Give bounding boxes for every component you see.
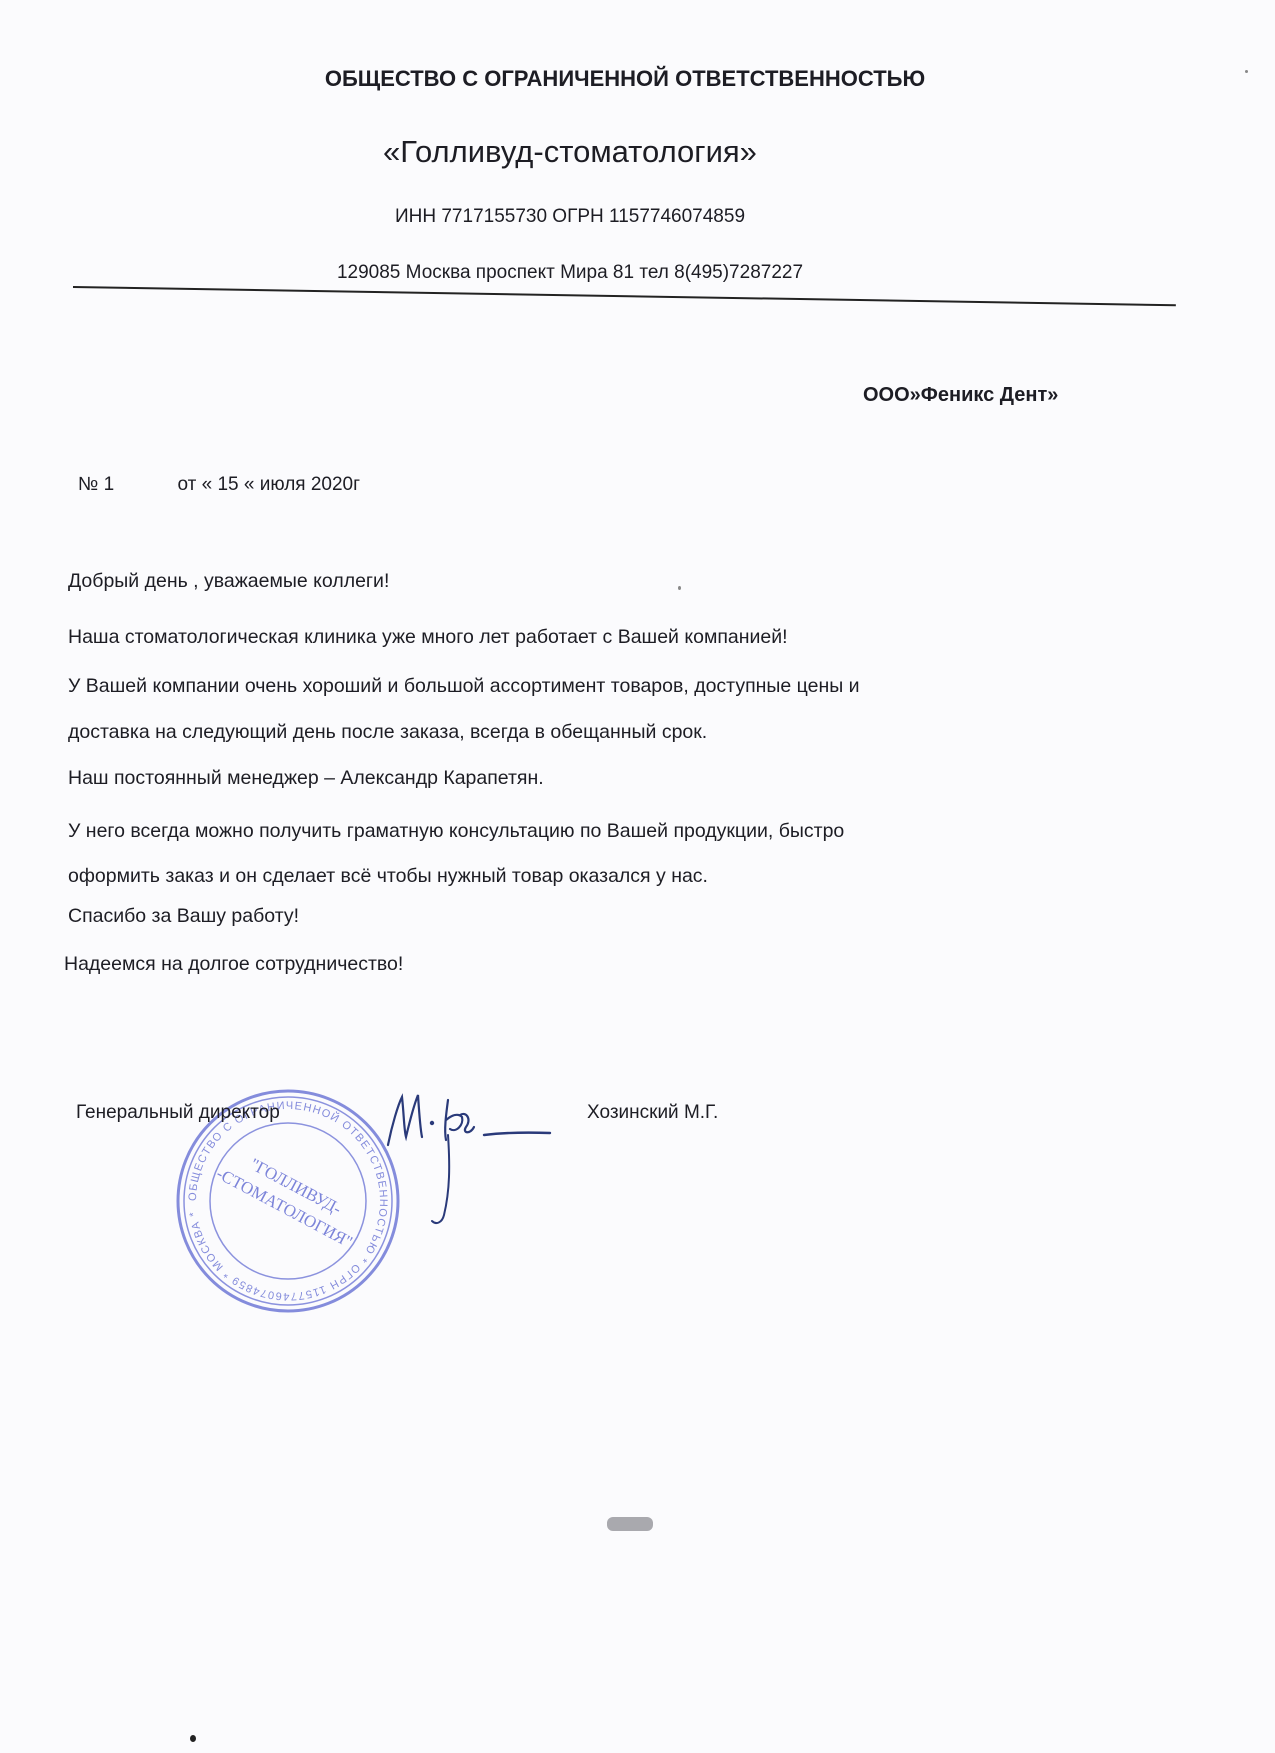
body-line: Наш постоянный менеджер – Александр Кара… [68,767,544,790]
scan-artifact [190,1735,196,1742]
letterhead-company-name: «Голливуд-стоматология» [0,134,1140,170]
signatory-position: Генеральный директор [76,1102,280,1124]
letterhead-ids: ИНН 7717155730 ОГРН 1157746074859 [0,206,1140,228]
document-date: от « 15 « июля 2020г [178,474,361,495]
body-line: Добрый день , уважаемые коллеги! [68,570,389,593]
body-line: оформить заказ и он сделает всё чтобы ну… [68,865,708,888]
document-number-date: № 1 от « 15 « июля 2020г [78,474,360,496]
body-line: У него всегда можно получить граматную к… [68,820,844,843]
letterhead-address: 129085 Москва проспект Мира 81 тел 8(495… [0,262,1140,284]
body-line: доставка на следующий день после заказа,… [68,721,707,744]
body-line: У Вашей компании очень хороший и большой… [68,675,860,698]
body-line: Спасибо за Вашу работу! [68,905,299,928]
body-line: Наша стоматологическая клиника уже много… [68,626,788,649]
scan-artifact [607,1517,653,1531]
body-line: Надеемся на долгое сотрудничество! [64,953,403,976]
scan-artifact [1245,70,1248,73]
document-number: № 1 [78,474,114,495]
signatory-name: Хозинский М.Г. [587,1102,718,1124]
letterhead-org-form: ОБЩЕСТВО С ОГРАНИЧЕННОЙ ОТВЕТСТВЕННОСТЬЮ [0,66,1250,92]
handwritten-signature [380,1075,560,1245]
recipient: ООО»Феникс Дент» [863,384,1058,407]
letterhead-divider [73,286,1176,306]
scan-artifact [678,586,681,590]
